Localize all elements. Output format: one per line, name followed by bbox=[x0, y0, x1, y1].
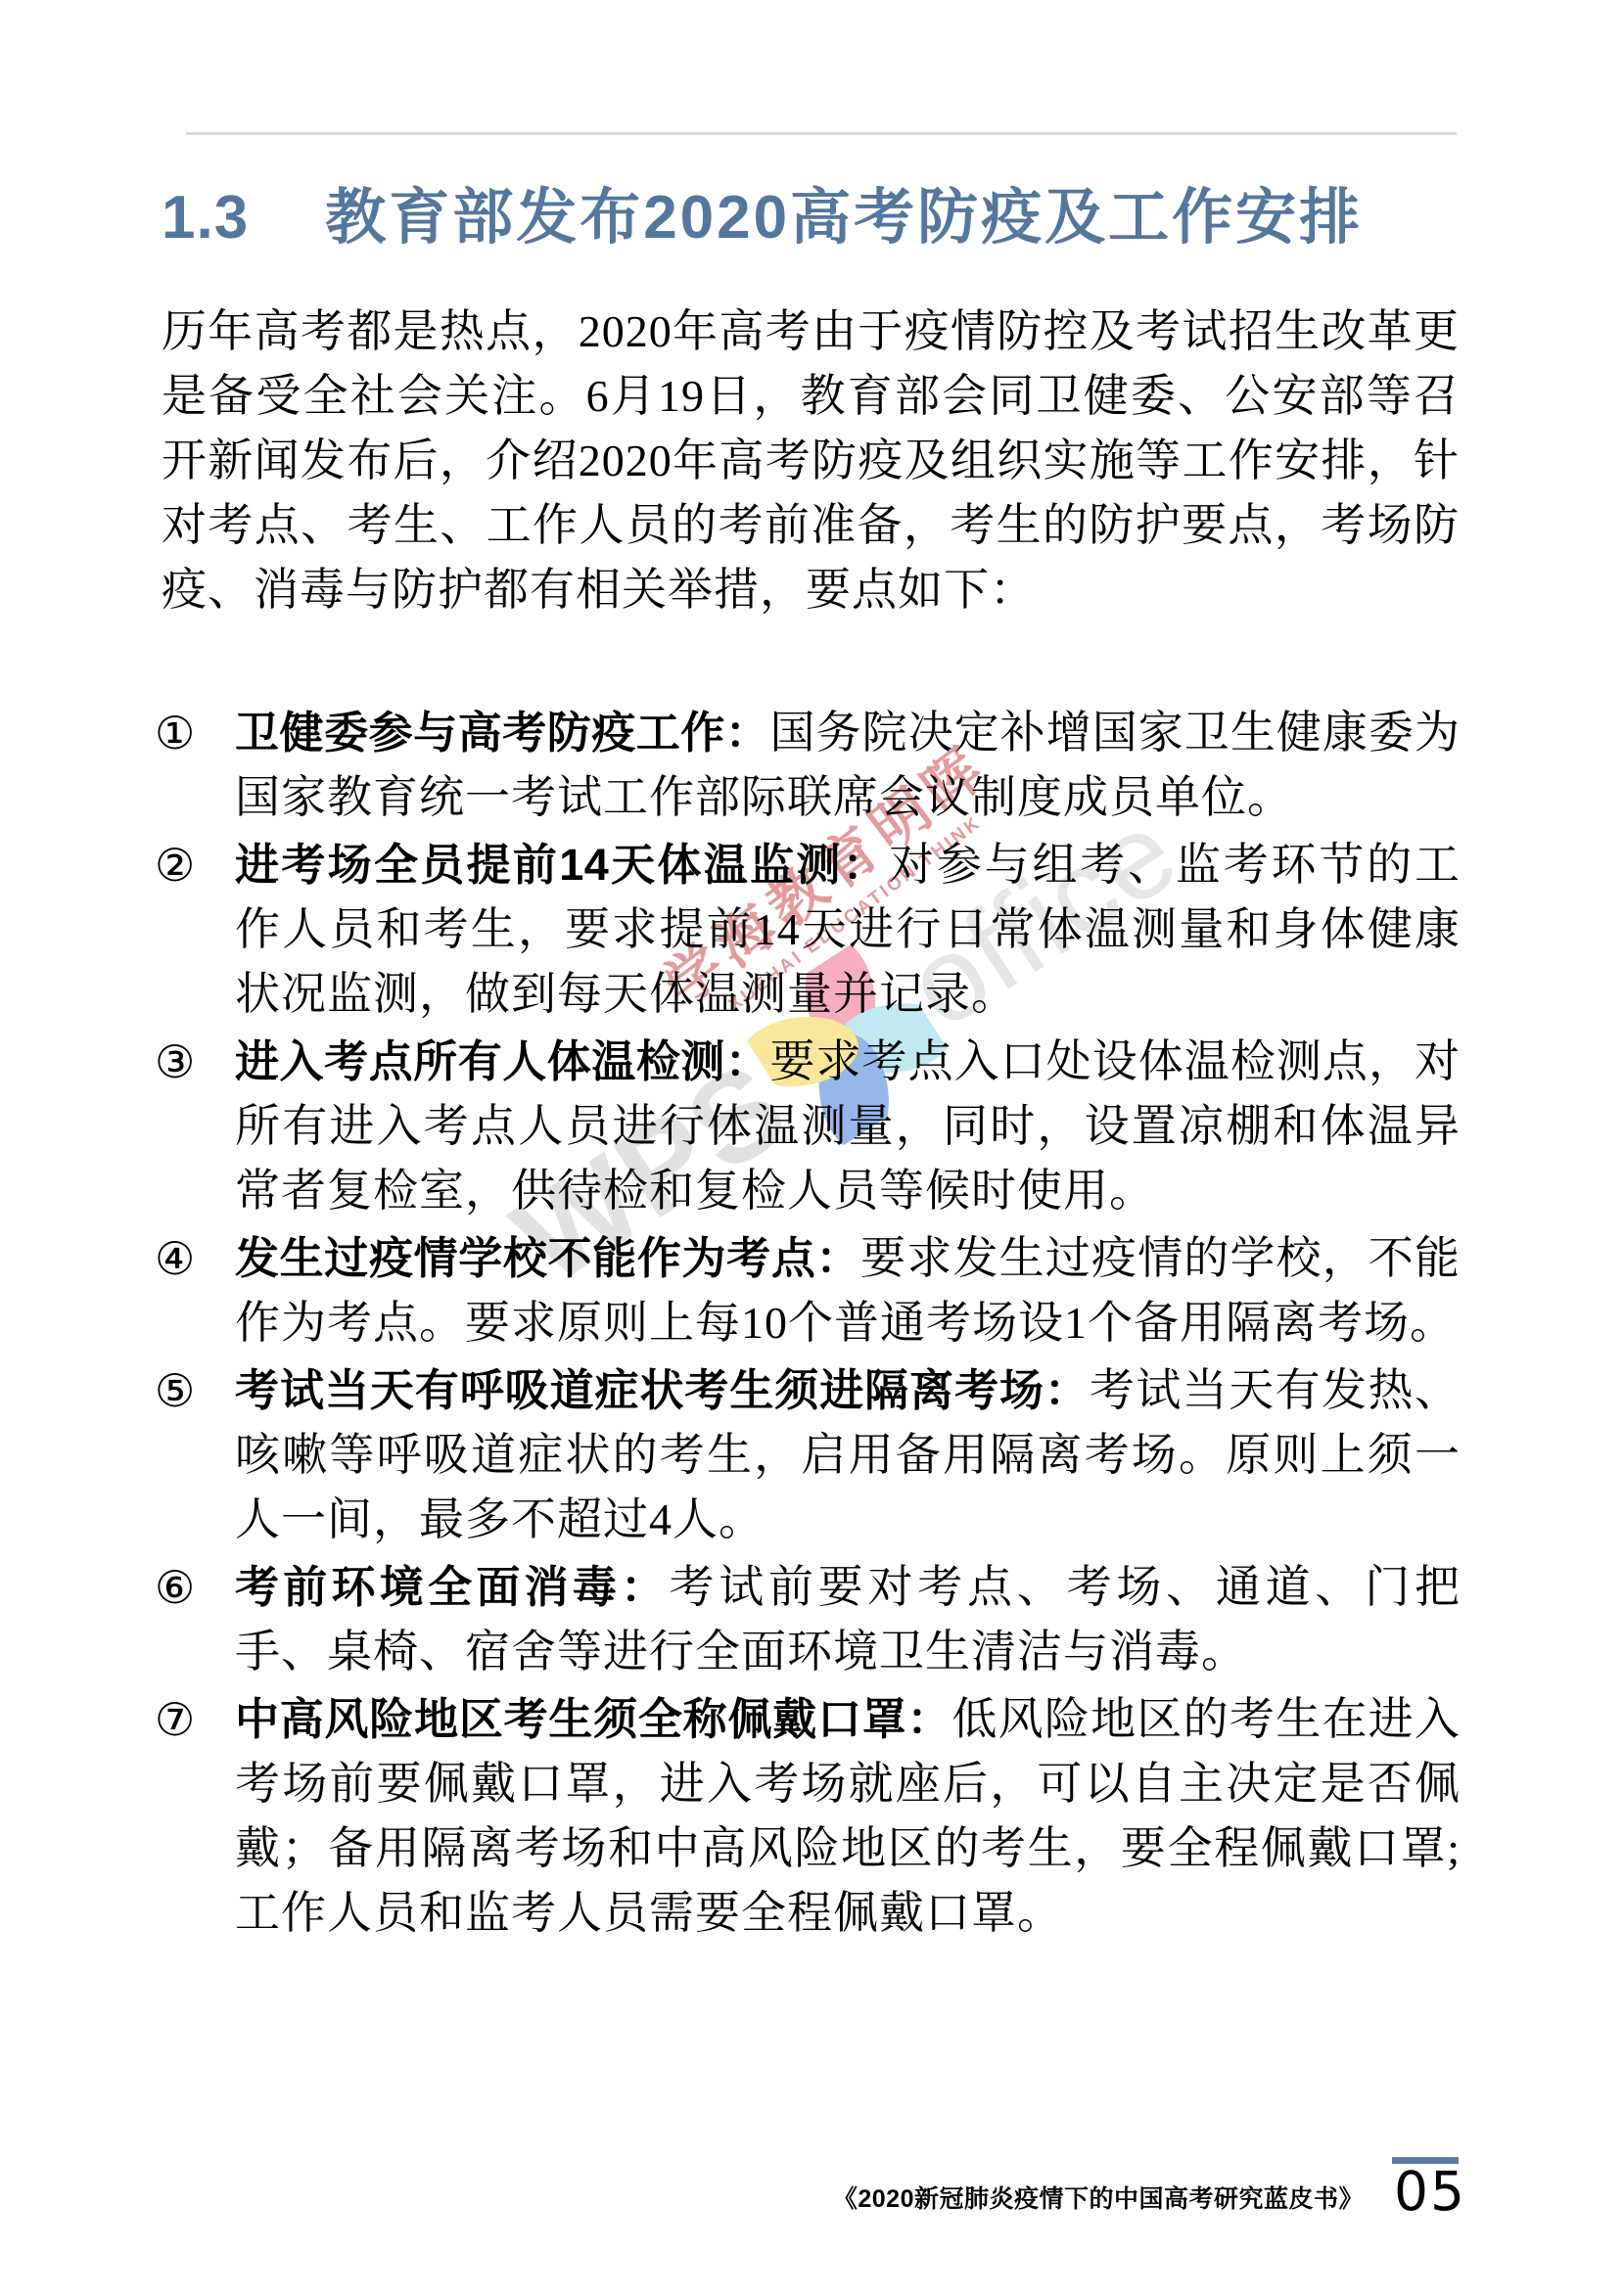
item-number: ② bbox=[155, 833, 196, 897]
item-heading: 进入考点所有人体温检测： bbox=[235, 1036, 769, 1086]
item-heading: 考前环境全面消毒： bbox=[235, 1562, 669, 1612]
list-item: ⑥ 考前环境全面消毒：考试前要对考点、考场、通道、门把手、桌椅、宿舍等进行全面环… bbox=[155, 1555, 1461, 1684]
document-page: WPS office 学海教育明晖 XUEHAI EDUCATION THINK… bbox=[0, 0, 1624, 2296]
item-heading: 中高风险地区考生须全称佩戴口罩： bbox=[235, 1694, 951, 1744]
key-points-list: ① 卫健委参与高考防疫工作：国务院决定补增国家卫生健康委为国家教育统一考试工作部… bbox=[155, 701, 1461, 1949]
top-divider bbox=[186, 132, 1457, 135]
item-heading: 卫健委参与高考防疫工作： bbox=[235, 708, 769, 758]
item-heading: 考试当天有呼吸道症状考生须进隔离考场： bbox=[235, 1365, 1090, 1415]
list-item: ④ 发生过疫情学校不能作为考点：要求发生过疫情的学校，不能作为考点。要求原则上每… bbox=[155, 1226, 1461, 1355]
section-heading: 1.3 教育部发布2020高考防疫及工作安排 bbox=[162, 182, 1363, 254]
item-number: ⑥ bbox=[155, 1555, 196, 1620]
intro-paragraph: 历年高考都是热点，2020年高考由于疫情防控及考试招生改革更是备受全社会关注。6… bbox=[162, 299, 1460, 622]
item-heading: 进考场全员提前14天体温监测： bbox=[235, 840, 889, 890]
item-number: ⑦ bbox=[155, 1687, 196, 1752]
list-item: ⑦ 中高风险地区考生须全称佩戴口罩：低风险地区的考生在进入考场前要佩戴口罩，进入… bbox=[155, 1687, 1461, 1946]
list-item: ① 卫健委参与高考防疫工作：国务院决定补增国家卫生健康委为国家教育统一考试工作部… bbox=[155, 701, 1461, 830]
item-number: ④ bbox=[155, 1226, 196, 1291]
page-number: 05 bbox=[1394, 2163, 1466, 2220]
list-item: ③ 进入考点所有人体温检测：要求考点入口处设体温检测点，对所有进入考点人员进行体… bbox=[155, 1030, 1461, 1223]
item-heading: 发生过疫情学校不能作为考点： bbox=[235, 1233, 860, 1283]
section-title: 教育部发布2020高考防疫及工作安排 bbox=[325, 182, 1363, 254]
list-item: ② 进考场全员提前14天体温监测：对参与组考、监考环节的工作人员和考生，要求提前… bbox=[155, 833, 1461, 1027]
footer-book-title: 《2020新冠肺炎疫情下的中国高考研究蓝皮书》 bbox=[833, 2180, 1364, 2215]
item-number: ③ bbox=[155, 1030, 196, 1094]
list-item: ⑤ 考试当天有呼吸道症状考生须进隔离考场：考试当天有发热、咳嗽等呼吸道症状的考生… bbox=[155, 1358, 1461, 1552]
item-number: ① bbox=[155, 701, 196, 765]
item-number: ⑤ bbox=[155, 1358, 196, 1423]
section-number: 1.3 bbox=[162, 182, 249, 254]
page-content: 1.3 教育部发布2020高考防疫及工作安排 历年高考都是热点，2020年高考由… bbox=[0, 0, 1624, 2296]
